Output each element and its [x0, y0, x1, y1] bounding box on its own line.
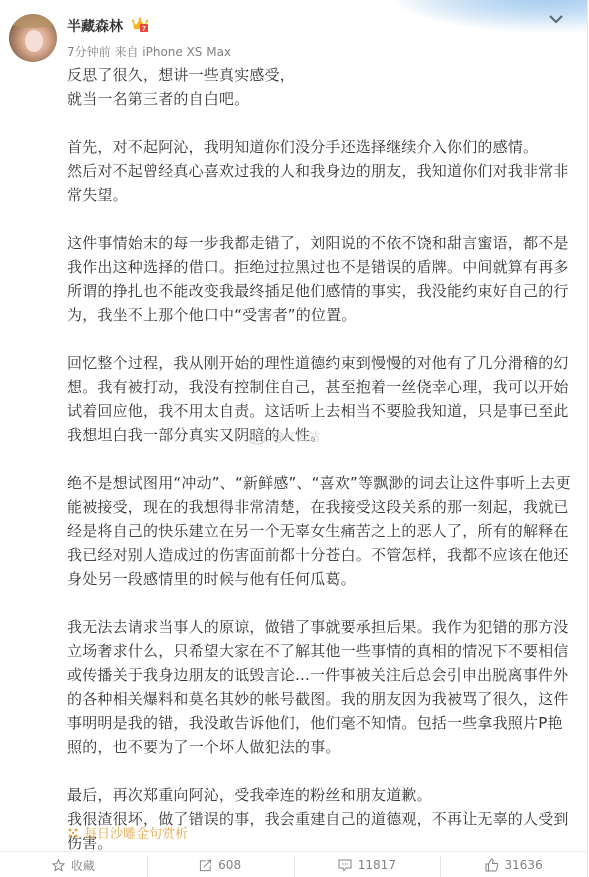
- comment-button[interactable]: 11817: [294, 852, 441, 877]
- thumbs-up-icon: [485, 858, 499, 872]
- paragraph: 这件事情始末的每一步我都走错了，刘阳说的不依不饶和甜言蜜语，都不是我作出这种选择…: [67, 231, 572, 327]
- chevron-down-icon[interactable]: [549, 14, 563, 24]
- comment-icon: [338, 859, 352, 872]
- favorite-label: 收藏: [71, 857, 95, 874]
- paragraph: 我无法去请求当事人的原谅，做错了事就要承担后果。我作为犯错的那方没立场奢求什么，…: [67, 615, 572, 759]
- post-meta: 7分钟前 来自 iPhone XS Max: [67, 43, 231, 60]
- author-name[interactable]: 半藏森林: [67, 16, 123, 36]
- topic-link[interactable]: 每日沙雕金句赏析: [67, 823, 188, 842]
- paragraph: 绝不是想试图用“冲动”、“新鲜感”、“喜欢”等飘渺的词去让这件事听上去更能被接受…: [67, 471, 572, 591]
- weibo-logo-icon: [248, 429, 268, 445]
- favorite-button[interactable]: 收藏: [0, 852, 147, 877]
- paragraph: 首先，对不起阿沁，我明知道你们没分手还选择继续介入你们的感情。: [67, 135, 572, 159]
- sparkle-icon: [67, 827, 79, 839]
- paragraph-gap: [67, 207, 572, 231]
- paragraph: 最后，再次郑重向阿沁，受我牵连的粉丝和朋友道歉。: [67, 783, 572, 807]
- watermark-text: @红人站: [272, 428, 320, 445]
- like-count: 31636: [505, 858, 543, 872]
- repost-count: 608: [218, 858, 241, 872]
- weibo-post-card: 半藏森林 7 7分钟前 来自 iPhone XS Max 反思了很久，想讲一些真…: [0, 0, 588, 877]
- vip-crown-icon[interactable]: 7: [132, 17, 148, 32]
- repost-button[interactable]: 608: [147, 852, 294, 877]
- paragraph-gap: [67, 591, 572, 615]
- paragraph: 然后对不起曾经真心喜欢过我的人和我身边的朋友，我知道你们对我非常非常失望。: [67, 159, 572, 207]
- paragraph-gap: [67, 447, 572, 471]
- action-toolbar: 收藏 608 11817 31636: [0, 851, 587, 877]
- star-icon: [52, 859, 65, 872]
- svg-text:7: 7: [142, 26, 146, 32]
- watermark: @红人站: [248, 428, 320, 445]
- paragraph: 就当一名第三者的自白吧。: [67, 87, 572, 111]
- paragraph-gap: [67, 759, 572, 783]
- post-content: 反思了很久，想讲一些真实感受， 就当一名第三者的自白吧。 首先，对不起阿沁，我明…: [67, 63, 572, 855]
- topic-label: 每日沙雕金句赏析: [84, 823, 188, 842]
- like-button[interactable]: 31636: [440, 852, 587, 877]
- paragraph: 反思了很久，想讲一些真实感受，: [67, 63, 572, 87]
- paragraph-gap: [67, 327, 572, 351]
- repost-icon: [199, 859, 212, 872]
- paragraph-gap: [67, 111, 572, 135]
- avatar[interactable]: [9, 14, 57, 62]
- comment-count: 11817: [358, 858, 396, 872]
